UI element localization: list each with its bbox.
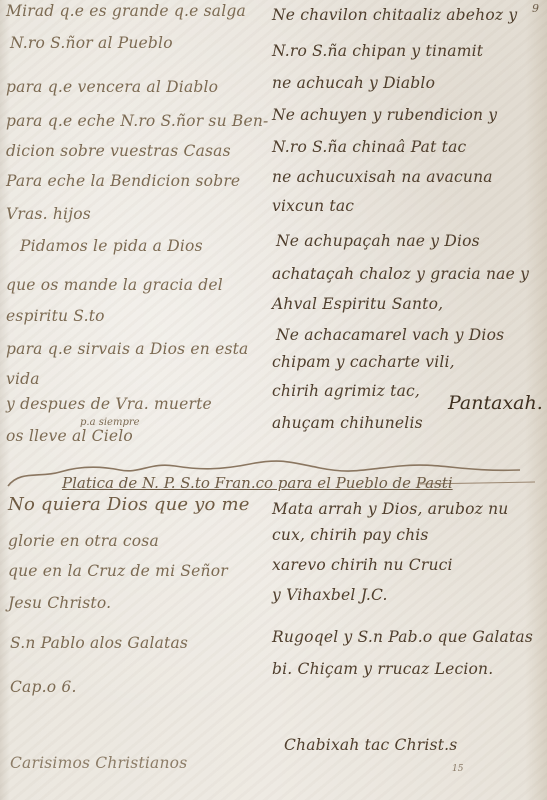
lower-right-line-3: xarevo chirih nu Cruci (272, 556, 453, 574)
lower-right-line-2: cux, chirih pay chis (272, 526, 429, 544)
lower-right-line-4: y Vihaxbel J.C. (272, 586, 388, 604)
lower-right-line-1: Mata arrah y Dios, aruboz nu (272, 500, 508, 518)
lower-left-line-6: Cap.o 6. (10, 678, 77, 696)
wavy-divider-rule (0, 0, 547, 800)
manuscript-page: 9 Mirad q.e es grande q.e salga N.ro S.ñ… (0, 0, 547, 800)
lower-left-line-2: glorie en otra cosa (8, 532, 159, 550)
lower-right-line-6: bi. Chiçam y rrucaz Lecion. (272, 660, 493, 678)
lower-right-line-5: Rugoqel y S.n Pab.o que Galatas (272, 628, 533, 646)
lower-left-line-3: que en la Cruz de mi Señor (8, 562, 228, 580)
page-mark: 15 (452, 764, 463, 774)
lower-left-line-1: No quiera Dios que yo me (8, 494, 250, 515)
lower-right-line-7: Chabixah tac Christ.s (284, 736, 457, 754)
section-title: Platica de N. P. S.to Fran.co para el Pu… (62, 474, 453, 492)
lower-left-line-5: S.n Pablo alos Galatas (10, 634, 188, 652)
lower-left-line-7: Carisimos Christianos (10, 754, 187, 772)
lower-left-line-4: Jesu Christo. (8, 594, 111, 612)
